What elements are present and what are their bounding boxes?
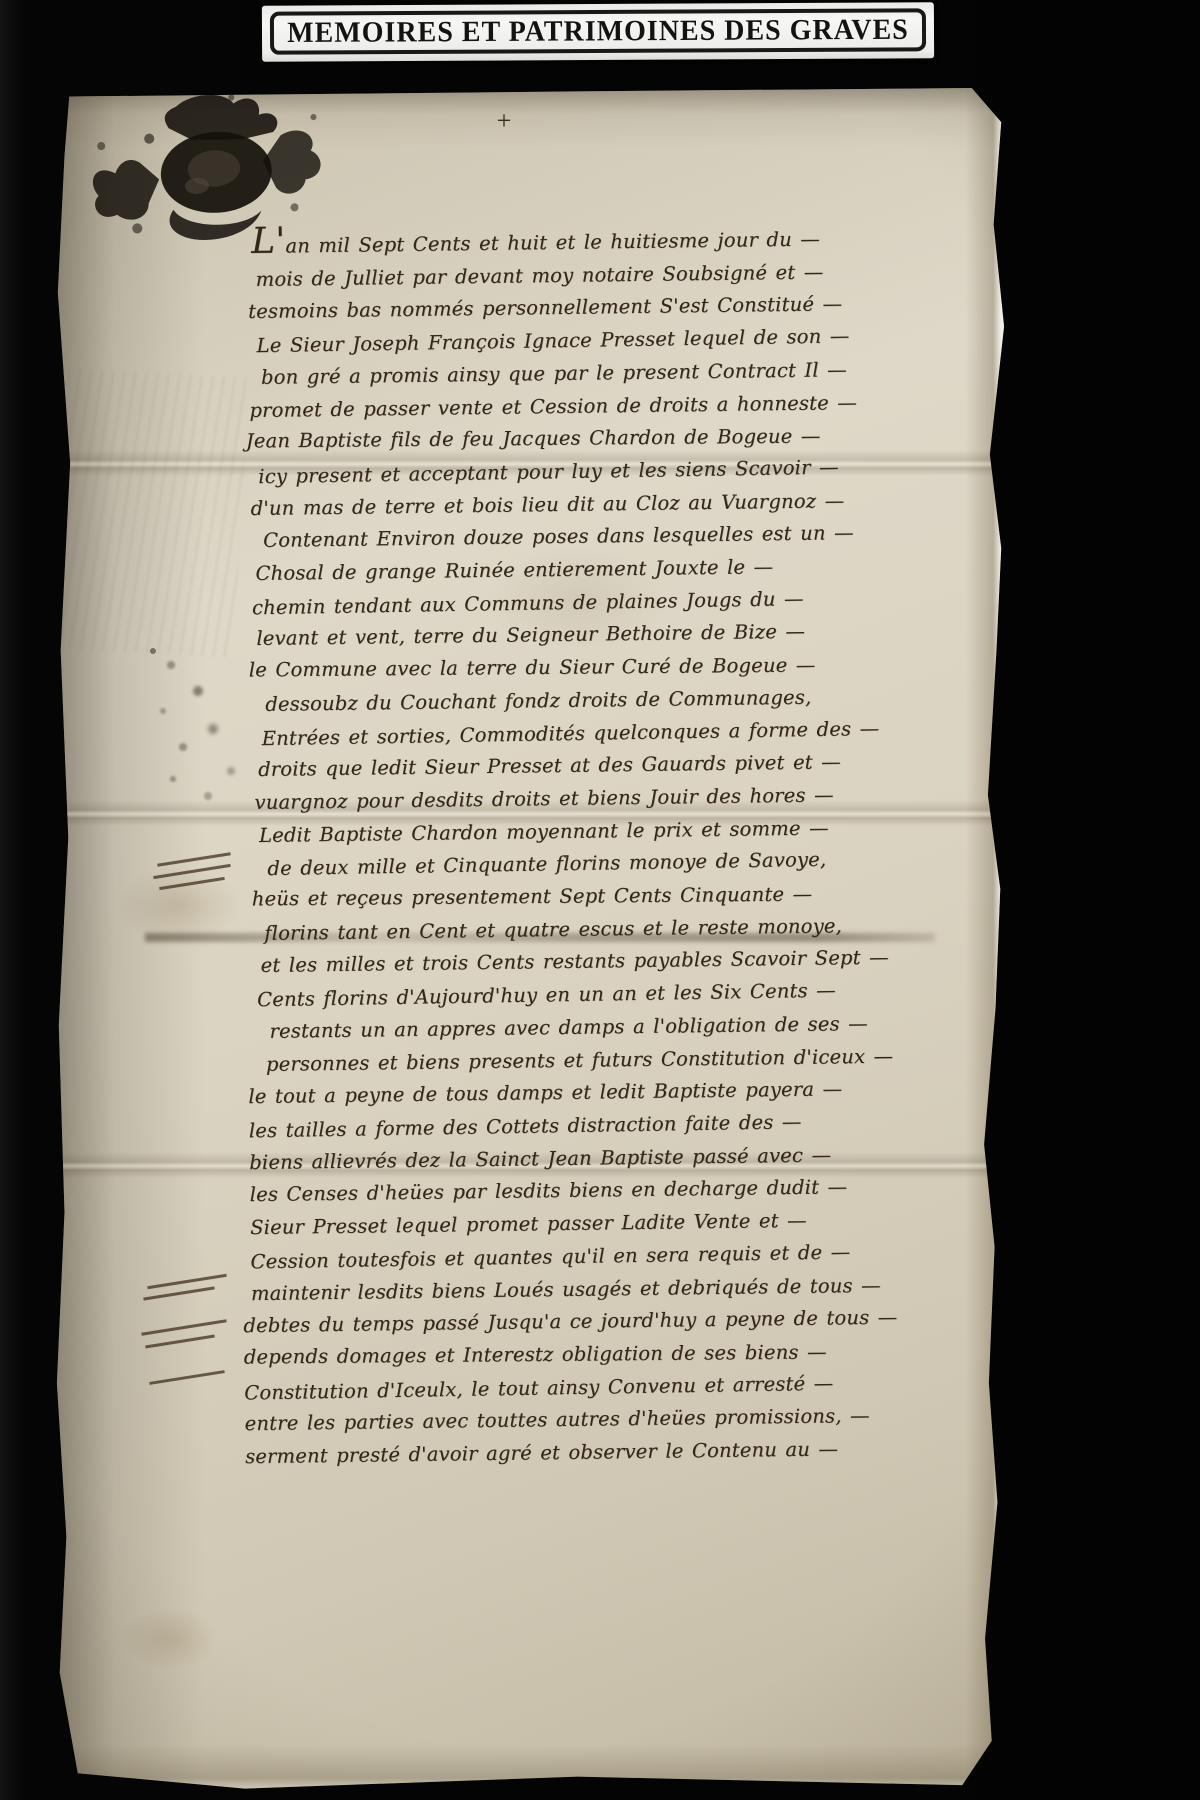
scan-background: MEMOIRES ET PATRIMOINES DES GRAVES + bbox=[0, 0, 1200, 1800]
handwritten-text: L'an mil Sept Cents et huit et le huitie… bbox=[251, 217, 987, 1474]
margin-tally-mark bbox=[145, 1335, 215, 1349]
verso-show-through bbox=[54, 368, 248, 657]
manuscript-page: + L'an mil Sept Cents et huit et le huit… bbox=[55, 88, 1005, 1792]
margin-tally-mark bbox=[159, 877, 225, 890]
ink-blot-speckles bbox=[150, 648, 156, 654]
manuscript-line: le Commune avec la terre du Sieur Curé d… bbox=[249, 648, 977, 687]
collection-banner: MEMOIRES ET PATRIMOINES DES GRAVES bbox=[262, 2, 934, 62]
margin-tally-mark bbox=[141, 1319, 226, 1335]
banner-frame: MEMOIRES ET PATRIMOINES DES GRAVES bbox=[270, 8, 926, 54]
manuscript-line: heüs et reçeus presentement Sept Cents C… bbox=[252, 877, 980, 916]
margin-tally-mark bbox=[143, 1286, 215, 1300]
margin-tally-mark bbox=[149, 1370, 225, 1385]
cross-mark: + bbox=[495, 106, 513, 136]
margin-tally-mark bbox=[147, 1274, 226, 1289]
banner-title: MEMOIRES ET PATRIMOINES DES GRAVES bbox=[287, 13, 909, 50]
